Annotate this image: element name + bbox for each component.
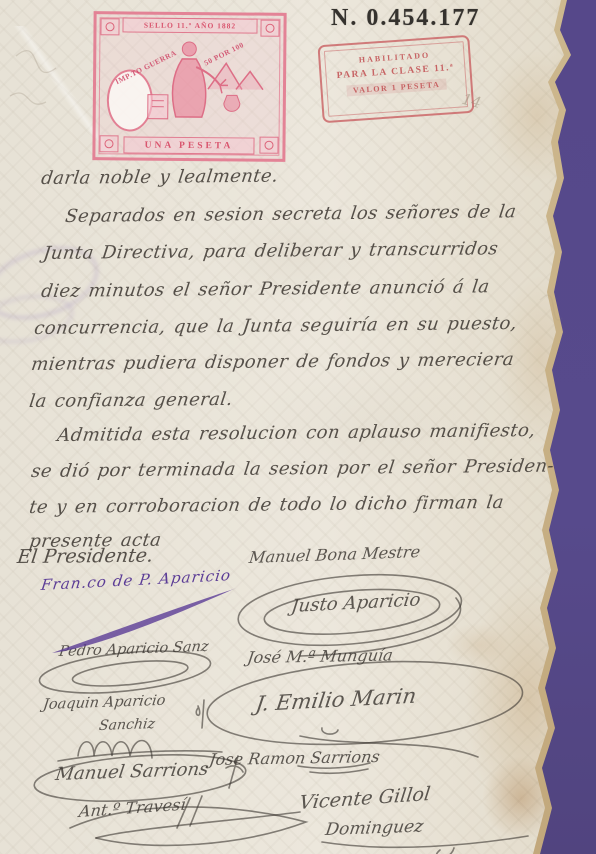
stamp-corner-ornament <box>100 18 119 35</box>
signature: Jose Ramon Sarrions <box>208 747 381 769</box>
habilitado-stamp: HABILITADO PARA LA CLASE 11.ª VALOR 1 PE… <box>317 35 474 123</box>
revenue-stamp: SELLO 11.º AÑO 1882 IMP.TO GUERRA 50 POR… <box>92 11 286 162</box>
stamp-denomination: UNA PESETA <box>123 136 254 154</box>
manuscript-line: la confianza general. <box>28 389 234 412</box>
stamp-corner-ornament <box>99 135 118 152</box>
manuscript-line: darla noble y lealmente. <box>40 166 280 189</box>
stamp-corner-ornament <box>260 20 279 37</box>
stamp-corner-ornament <box>259 137 278 154</box>
closing-title: El Presidente. <box>16 545 155 568</box>
scanned-document: SELLO 11.º AÑO 1882 IMP.TO GUERRA 50 POR… <box>0 0 596 854</box>
signature: Sanchiz <box>98 716 156 734</box>
habilitado-line3: VALOR 1 PESETA <box>347 79 447 97</box>
stamp-title: SELLO 11.º AÑO 1882 <box>122 17 257 33</box>
signature: Dominguez <box>324 817 425 840</box>
signature: José M.ª Munguía <box>246 645 394 667</box>
serial-number-stamp: N. 0.454.177 <box>331 5 480 32</box>
